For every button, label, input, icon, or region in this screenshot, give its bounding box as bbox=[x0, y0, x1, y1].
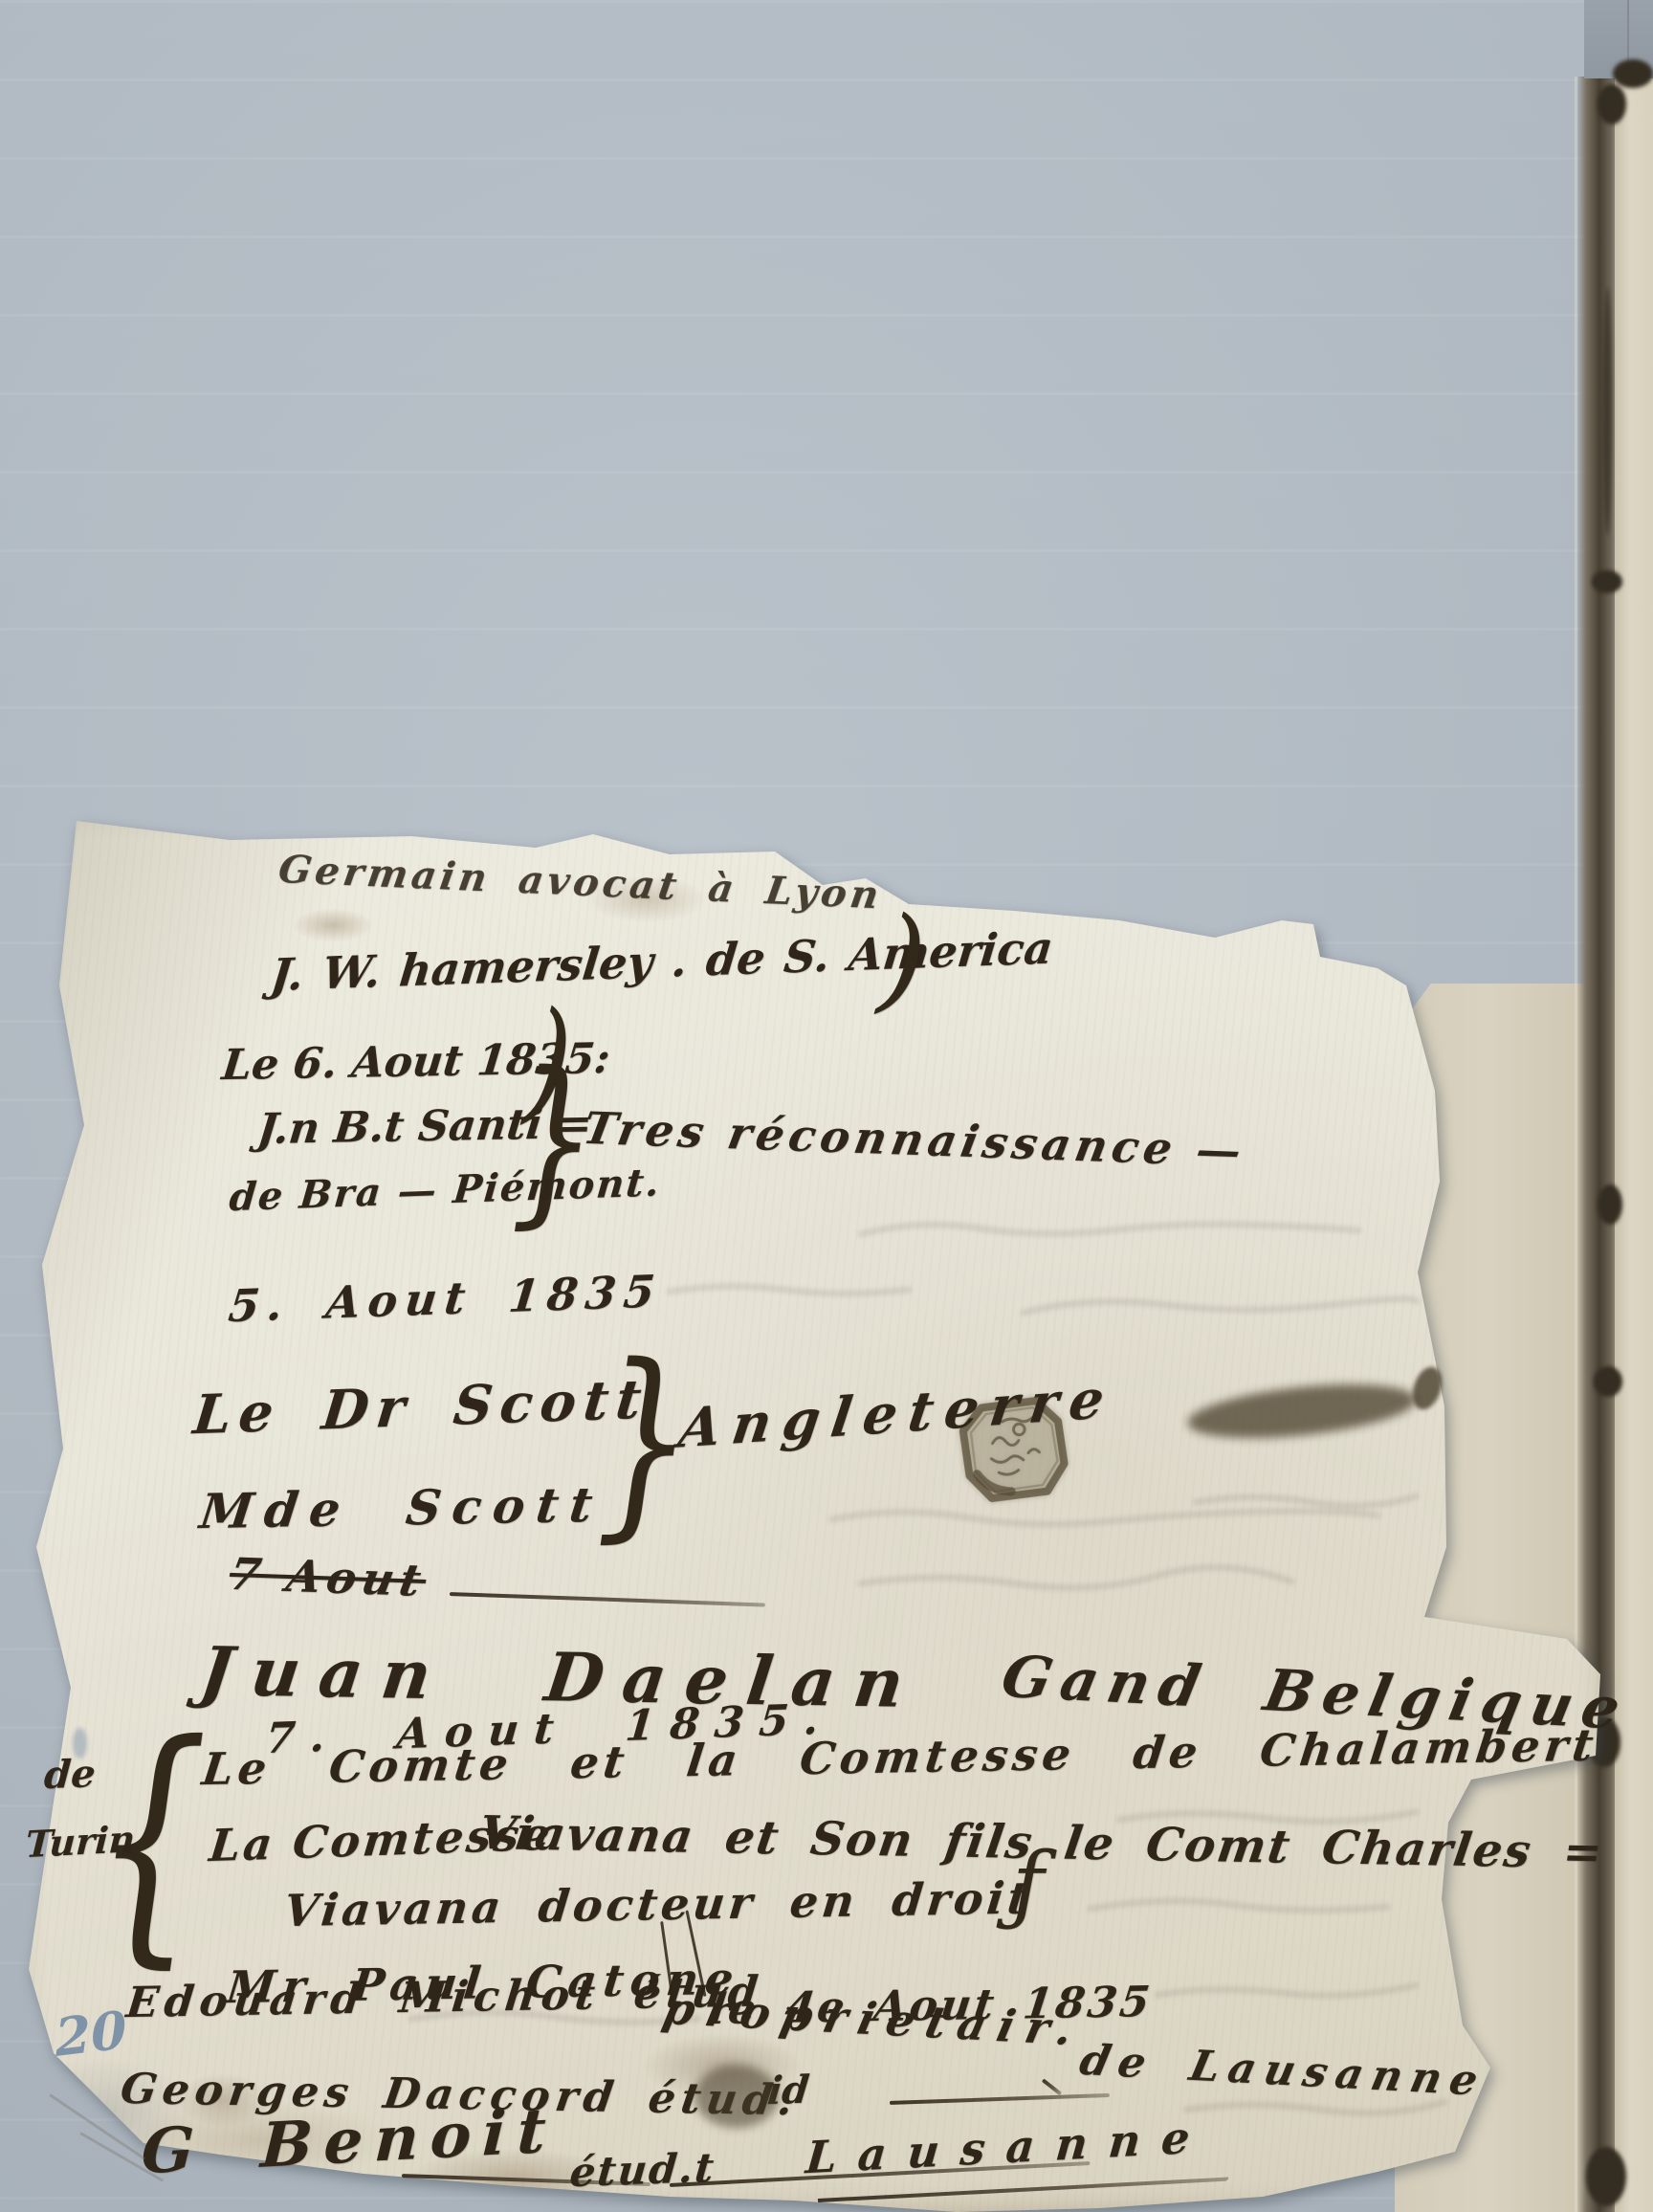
daccord-dash bbox=[890, 2093, 1110, 2105]
entry-scott-mde: Mde Scott bbox=[197, 1476, 607, 1539]
edge-ink-blot bbox=[1408, 1363, 1447, 1413]
brown-stain bbox=[694, 2065, 779, 2128]
entry-germain: Germain avocat à Lyon bbox=[275, 847, 886, 918]
handwriting-layer: Germain avocat à Lyon J. W. hamersley . … bbox=[0, 0, 1653, 2212]
entry-scott-country: Angleterre bbox=[675, 1366, 1120, 1461]
entry-santi-origin: de Bra — Piémont. bbox=[228, 1160, 663, 1220]
ink-smudge bbox=[1185, 1376, 1419, 1448]
blue-mark bbox=[73, 1728, 87, 1759]
scratch-stroke bbox=[450, 1592, 765, 1607]
entry-hamersley: J. W. hamersley . de S. America bbox=[268, 921, 1055, 1001]
hamersley-paren: ) bbox=[876, 901, 931, 1020]
entry-scratched-date: 7 Aout bbox=[226, 1548, 430, 1606]
scanned-album-page: Germain avocat à Lyon J. W. hamersley . … bbox=[0, 0, 1653, 2212]
connector-hook bbox=[1042, 2078, 1062, 2095]
entry-michot-date: le 4e Aout 1835 bbox=[707, 1978, 1156, 2034]
page-number: 20 bbox=[54, 1999, 128, 2068]
lausanne-underline bbox=[818, 2177, 1229, 2201]
margin-place: Turin bbox=[25, 1817, 137, 1866]
entry-benoit-place: Lausanne bbox=[804, 2111, 1213, 2183]
entry-daccord-place: de Lausanne bbox=[1075, 2036, 1490, 2106]
entry-viavana-line: Viavana docteur en droit bbox=[281, 1871, 1034, 1936]
entry-scott-dr: Le Dr Scott bbox=[190, 1367, 651, 1447]
entry-benoit-title: étud.t bbox=[568, 2144, 717, 2196]
viavana-flourish: ƒ bbox=[1012, 1842, 1044, 1928]
entry-santi-note: Tres réconnaissance — bbox=[580, 1102, 1250, 1177]
margin-de: de bbox=[43, 1751, 98, 1798]
